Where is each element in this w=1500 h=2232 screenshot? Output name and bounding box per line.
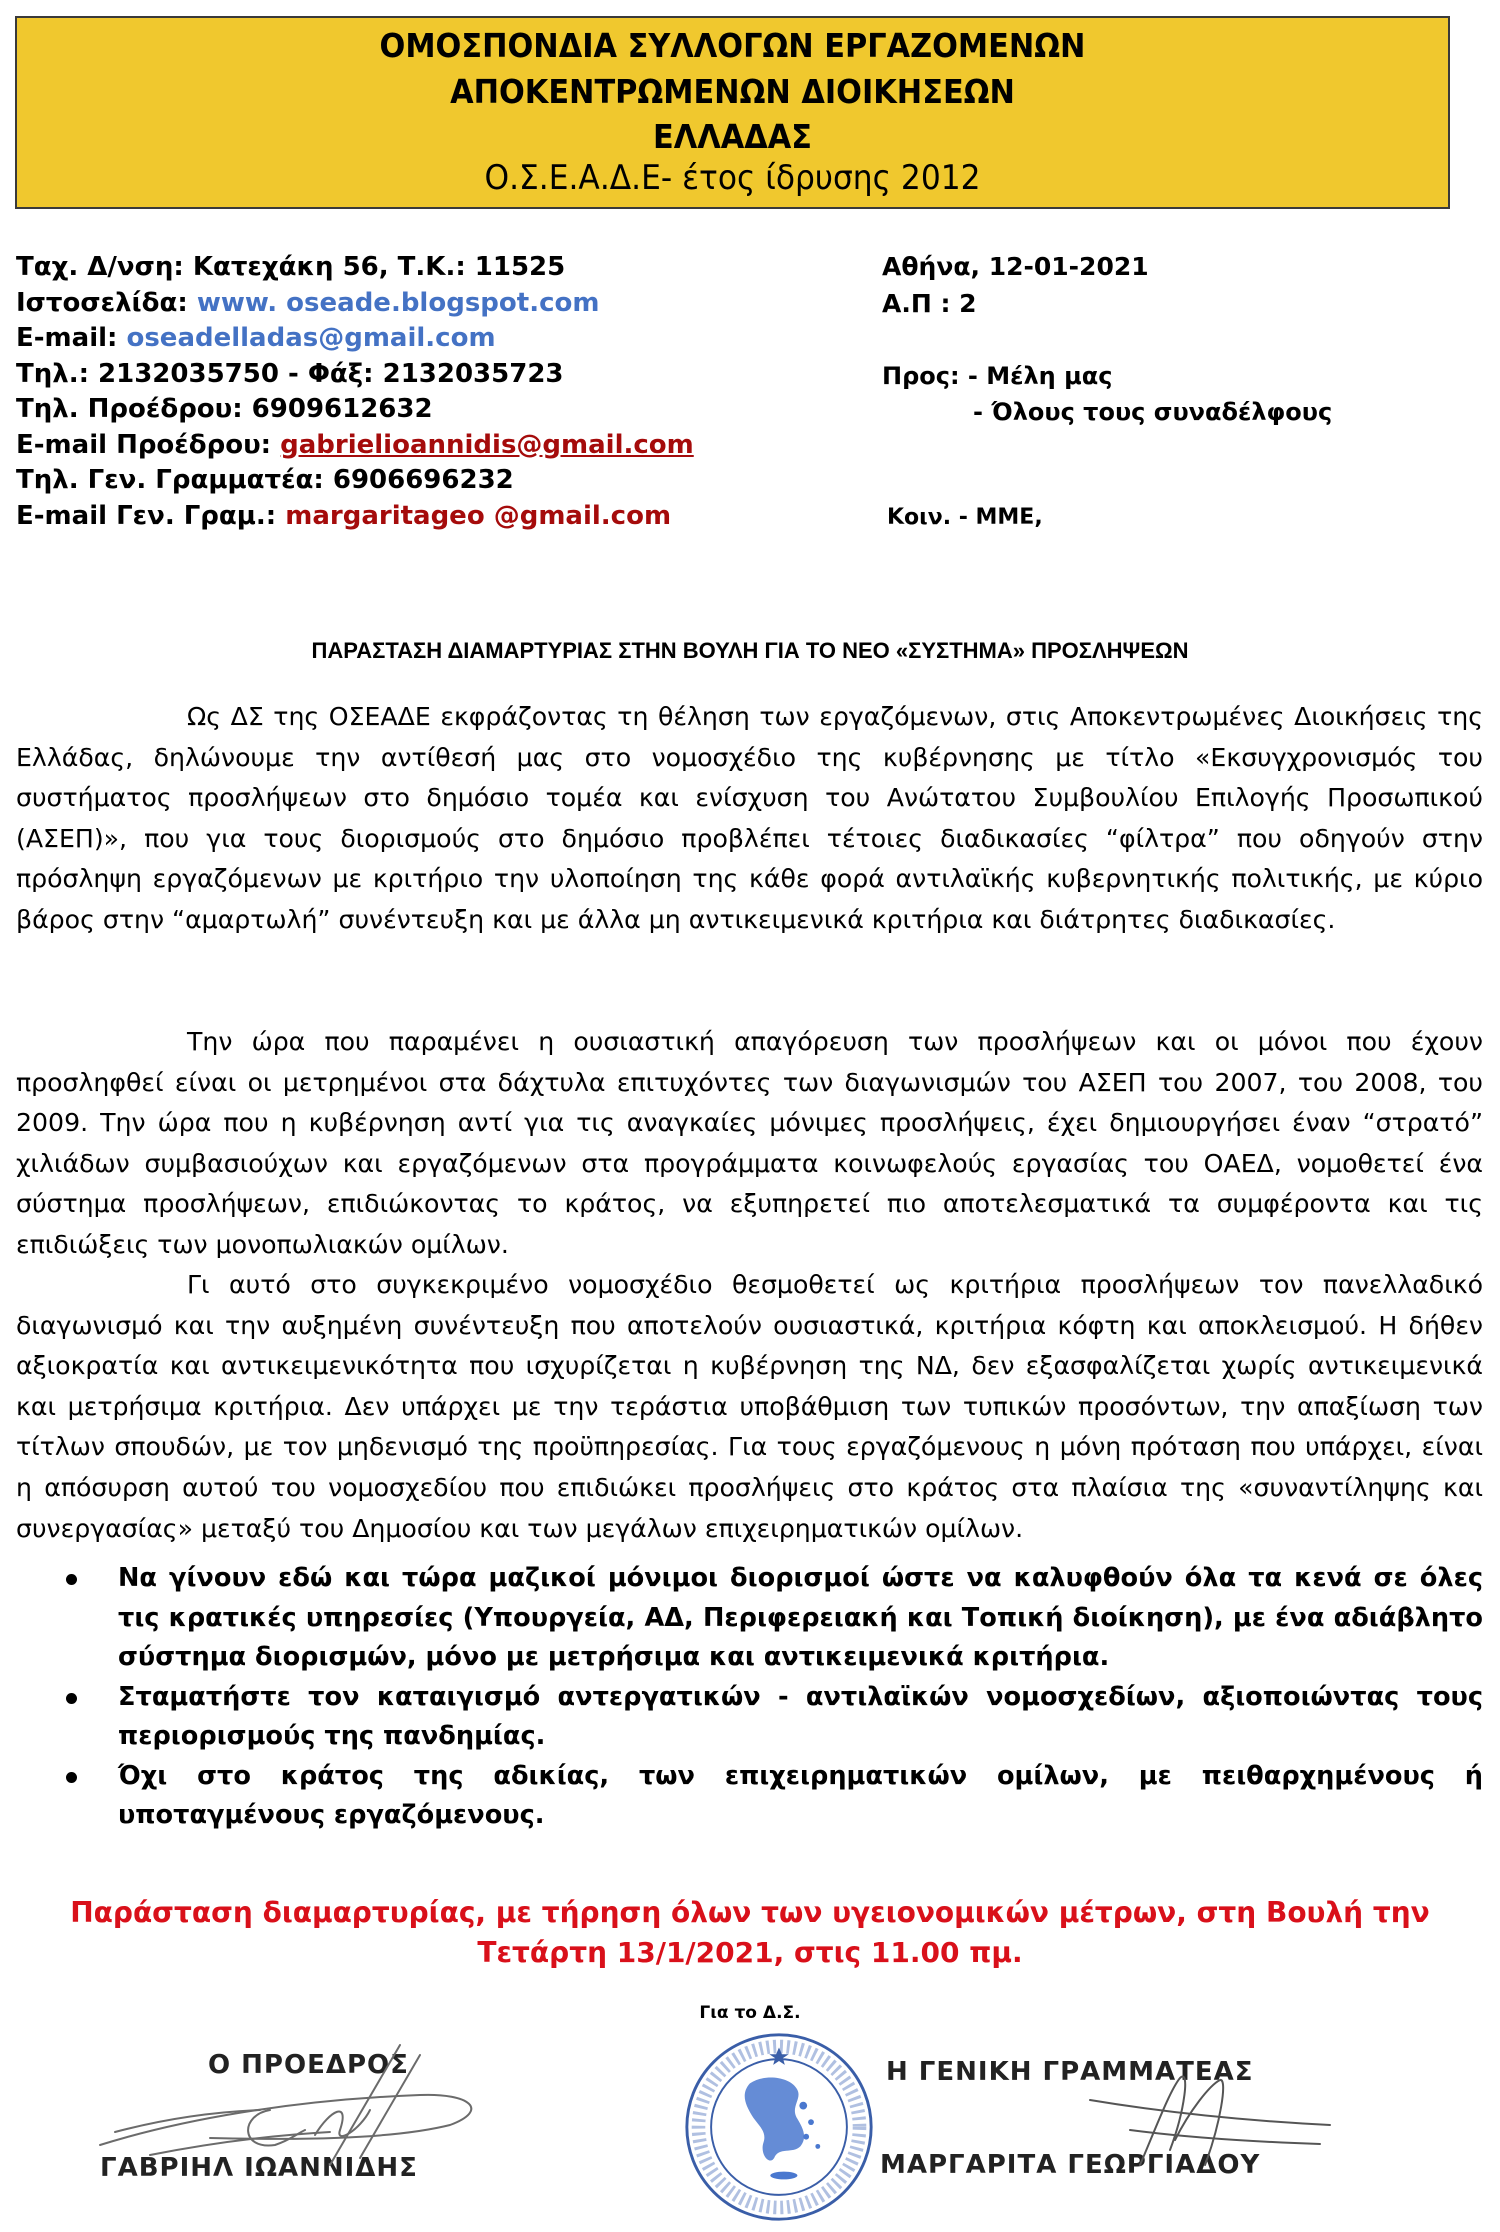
postal-address: Ταχ. Δ/νση: Κατεχάκη 56, Τ.Κ.: 11525 <box>16 250 694 286</box>
president-email-label: E-mail Προέδρου: <box>16 430 280 460</box>
website-row: Ιστοσελίδα: www. oseade.blogspot.com <box>16 286 694 322</box>
for-board-label: Για το Δ.Σ. <box>0 2003 1500 2023</box>
bullet-icon <box>66 1574 77 1585</box>
secretary-phone: Τηλ. Γεν. Γραμματέα: 6906696232 <box>16 463 694 499</box>
recipients-secondary: - Όλους τους συναδέλφους <box>973 398 1332 426</box>
paragraph-2: Την ώρα που παραμένει η ουσιαστική απαγό… <box>16 1022 1483 1266</box>
president-phone: Τηλ. Προέδρου: 6909612632 <box>16 392 694 428</box>
phone-fax: Τηλ.: 2132035750 - Φάξ: 2132035723 <box>16 357 694 393</box>
secretary-email-row: E-mail Γεν. Γραμ.: margaritageo @gmail.c… <box>16 499 694 535</box>
president-email-row: E-mail Προέδρου: gabrielioannidis@gmail.… <box>16 428 694 464</box>
demand-text: Σταματήστε τον καταιγισμό αντεργατικών -… <box>118 1682 1483 1752</box>
cc-recipients: Κοιν. - ΜΜΕ, <box>887 505 1043 530</box>
president-email-link[interactable]: gabrielioannidis@gmail.com <box>280 430 694 460</box>
bullet-icon <box>66 1693 77 1704</box>
paragraph-1: Ως ΔΣ της ΟΣΕΑΔΕ εκφράζοντας τη θέληση τ… <box>16 697 1483 941</box>
protocol-number: Α.Π : 2 <box>882 289 977 318</box>
president-signature-icon <box>90 2040 510 2170</box>
secretary-signature-icon <box>1070 2070 1350 2170</box>
recipients-primary: Προς: - Μέλη μας <box>882 362 1113 390</box>
demand-item: Σταματήστε τον καταιγισμό αντεργατικών -… <box>118 1678 1483 1757</box>
secretary-email-link[interactable]: margaritageo @gmail.com <box>285 501 671 531</box>
demand-text: Να γίνουν εδώ και τώρα μαζικοί μόνιμοι δ… <box>118 1563 1483 1672</box>
official-seal-icon <box>682 2030 876 2224</box>
email-link[interactable]: oseadelladas@gmail.com <box>126 323 495 353</box>
bullet-icon <box>66 1772 77 1783</box>
demand-item: Όχι στο κράτος της αδικίας, των επιχειρη… <box>118 1757 1483 1836</box>
callout-line1: Παράσταση διαμαρτυρίας, με τήρηση όλων τ… <box>0 1893 1500 1933</box>
demand-text: Όχι στο κράτος της αδικίας, των επιχειρη… <box>118 1761 1483 1831</box>
org-name-line2: ΑΠΟΚΕΝΤΡΩΜΕΝΩΝ ΔΙΟΙΚΗΣΕΩΝ <box>74 72 1391 111</box>
place-date: Αθήνα, 12-01-2021 <box>882 252 1149 281</box>
secretary-email-label: E-mail Γεν. Γραμ.: <box>16 501 285 531</box>
email-row: E-mail: oseadelladas@gmail.com <box>16 321 694 357</box>
website-link[interactable]: www. oseade.blogspot.com <box>197 288 600 318</box>
callout-line2: Τετάρτη 13/1/2021, στις 11.00 πμ. <box>0 1933 1500 1973</box>
paragraph-3: Γι αυτό στο συγκεκριμένο νομοσχέδιο θεσμ… <box>16 1265 1483 1549</box>
org-founding-line: Ο.Σ.Ε.Α.Δ.Ε- έτος ίδρυσης 2012 <box>74 158 1391 198</box>
demand-item: Να γίνουν εδώ και τώρα μαζικοί μόνιμοι δ… <box>118 1559 1483 1678</box>
demands-list: Να γίνουν εδώ και τώρα μαζικοί μόνιμοι δ… <box>118 1559 1483 1836</box>
contact-block: Ταχ. Δ/νση: Κατεχάκη 56, Τ.Κ.: 11525 Ιστ… <box>16 250 694 534</box>
org-name-line1: ΟΜΟΣΠΟΝΔΙΑ ΣΥΛΛΟΓΩΝ ΕΡΓΑΖΟΜΕΝΩΝ <box>74 26 1391 65</box>
document-title: ΠΑΡΑΣΤΑΣΗ ΔΙΑΜΑΡΤΥΡΙΑΣ ΣΤΗΝ ΒΟΥΛΗ ΓΙΑ ΤΟ… <box>0 638 1500 664</box>
protest-callout: Παράσταση διαμαρτυρίας, με τήρηση όλων τ… <box>0 1893 1500 1973</box>
website-label: Ιστοσελίδα: <box>16 288 197 318</box>
email-label: E-mail: <box>16 323 126 353</box>
organization-header: ΟΜΟΣΠΟΝΔΙΑ ΣΥΛΛΟΓΩΝ ΕΡΓΑΖΟΜΕΝΩΝ ΑΠΟΚΕΝΤΡ… <box>15 16 1450 209</box>
org-name-line3: ΕΛΛΑΔΑΣ <box>74 117 1391 156</box>
